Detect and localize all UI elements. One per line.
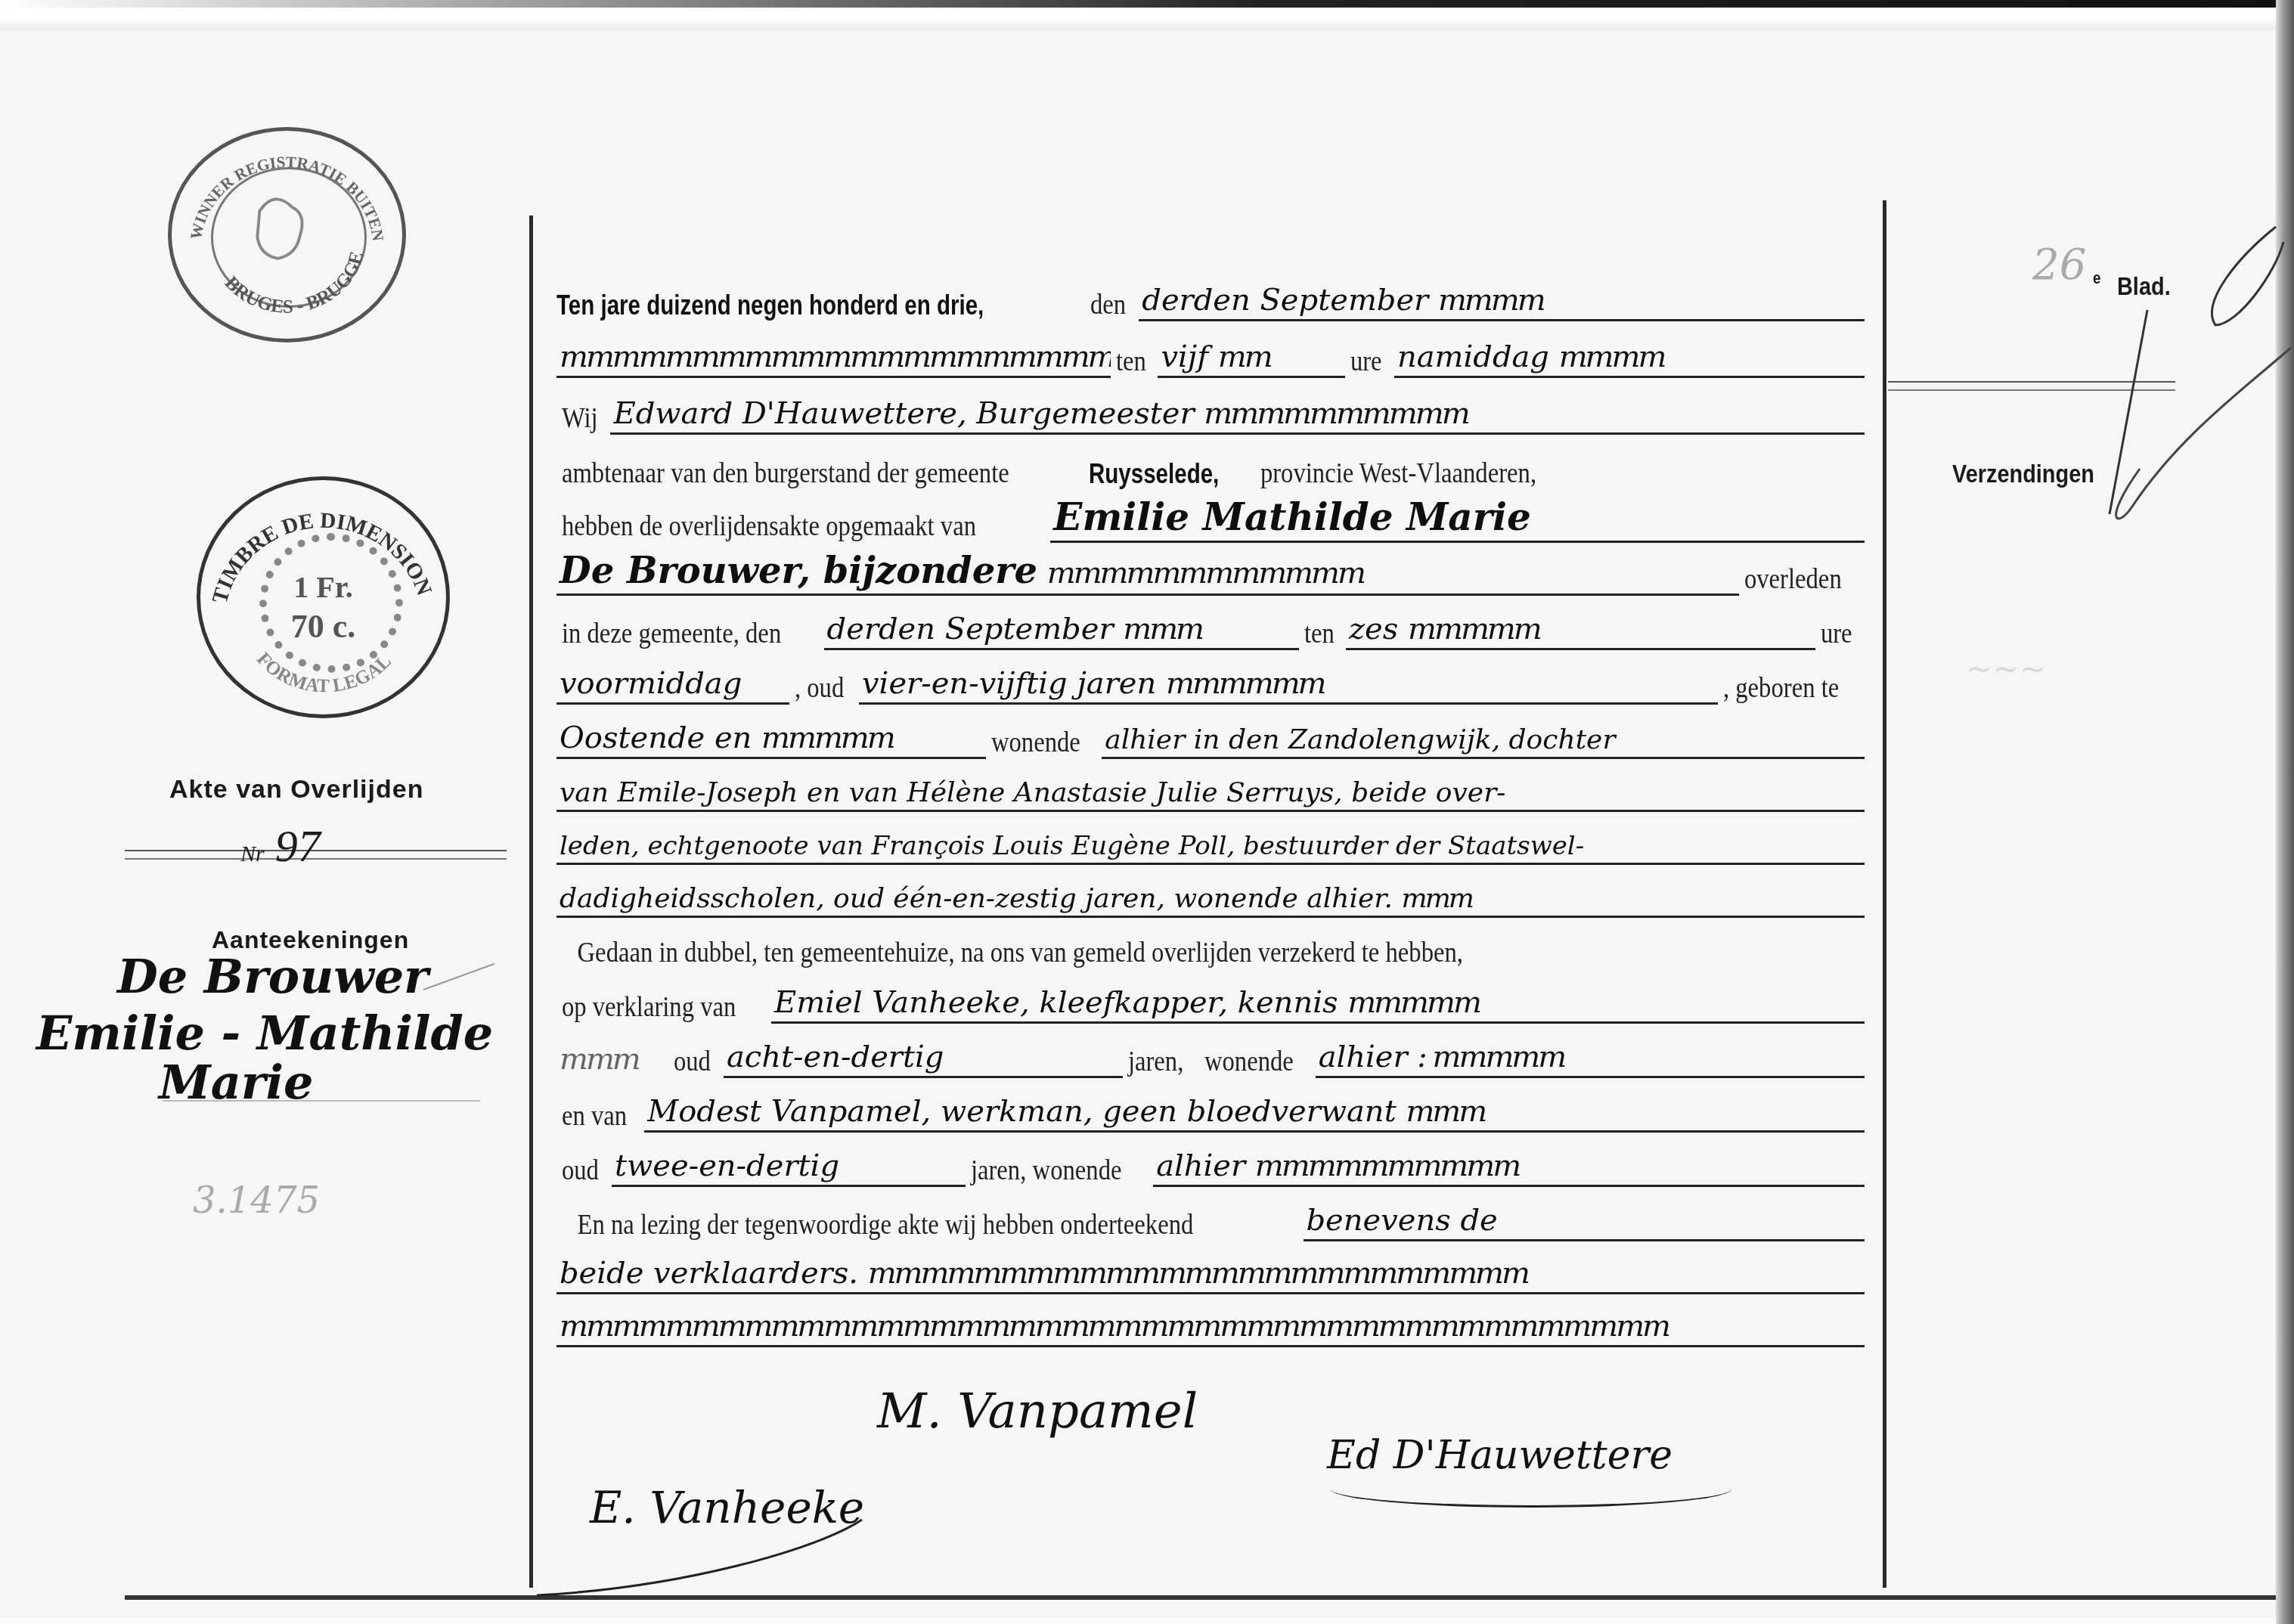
seal-ring-text: WINNER REGISTRATIE BUITENGEWOON TE ZEGEL…: [172, 131, 402, 339]
printed-text: hebben de overlijdensakte opgemaakt van: [556, 510, 981, 543]
printed-text: ambtenaar van den burgerstand der gemeen…: [556, 457, 1015, 490]
handwritten-entry-cosigners: benevens de: [1304, 1203, 1865, 1241]
body-line-4: ambtenaar van den burgerstand der gemeen…: [556, 437, 1865, 490]
shipments-label: Verzendingen: [1952, 460, 2094, 489]
printed-text: jaren,: [1123, 1045, 1189, 1078]
body-line-10: van Emile-Joseph en van Hélène Anastasie…: [556, 759, 1865, 812]
body-line-12: dadigheidsscholen, oud één-en-zestig jar…: [556, 865, 1865, 918]
body-line-13: Gedaan in dubbel, ten gemeentehuize, na …: [556, 916, 1865, 969]
annotation-third-name: Marie: [159, 1055, 313, 1110]
body-line-8: voormiddag , oud vier-en-vijftig jaren m…: [556, 652, 1865, 705]
printed-text: in deze gemeente, den: [556, 617, 786, 650]
main-column-right-border: [1883, 200, 1886, 1588]
svg-text:FORMAT LEGAL: FORMAT LEGAL: [253, 649, 395, 696]
handwritten-entry-witness-2-age: twee-en-dertig: [612, 1148, 966, 1187]
scan-top-edge: [0, 0, 2294, 32]
printed-text: wonende: [986, 726, 1086, 759]
handwritten-entry-deceased-given-names: Emilie Mathilde Marie: [1050, 494, 1865, 543]
body-line-6: De Brouwer, bijzondere mmmmmmmmmmmm over…: [556, 543, 1865, 596]
handwritten-entry-spouse-details: dadigheidsscholen, oud één-en-zestig jar…: [556, 883, 1865, 918]
body-line-5: hebben de overlijdensakte opgemaakt van …: [556, 490, 1865, 543]
printed-text: Wij: [556, 401, 603, 435]
printed-text: oud: [668, 1045, 716, 1078]
printed-text: en van: [556, 1099, 632, 1133]
stamp-value-centimes: 70 c.: [200, 607, 446, 646]
handwritten-filler: mmm: [556, 1042, 668, 1078]
bottom-rule: [125, 1595, 2276, 1600]
handwritten-entry-official: Edward D'Hauwettere, Burgemeester mmmmmm…: [610, 396, 1865, 435]
printed-text: overleden: [1739, 563, 1847, 596]
body-line-2: mmmmmmmmmmmmmmmmmmmmm ten vijf mm ure na…: [556, 325, 1865, 378]
sheet-number: 26: [2032, 240, 2086, 290]
handwritten-entry-witness-2-residence: alhier mmmmmmmmmm: [1153, 1148, 1865, 1187]
signature-witness-2: M. Vanpamel: [877, 1384, 1198, 1440]
printed-text: jaren, wonende: [966, 1154, 1127, 1187]
handwritten-entry-birthplace: Oostende en mmmmm: [556, 721, 986, 759]
municipality-name: Ruysselede,: [1089, 458, 1226, 490]
body-line-3: Wij Edward D'Hauwettere, Burgemeester mm…: [556, 382, 1865, 435]
margin-pen-stroke-icon: [2087, 212, 2294, 529]
printed-text: op verklaring van: [556, 990, 741, 1024]
deed-number-value: 97: [275, 821, 321, 871]
pencil-reference-number: 3.1475: [193, 1179, 320, 1222]
printed-text: ten: [1299, 617, 1340, 650]
deed-number: Nr97: [240, 820, 321, 872]
printed-text: Gedaan in dubbel, ten gemeentehuize, na …: [556, 936, 1468, 969]
body-line-15: mmm oud acht-en-dertig jaren, wonende al…: [556, 1025, 1865, 1078]
annotation-underline: [163, 1100, 480, 1102]
body-line-17: oud twee-en-dertig jaren, wonende alhier…: [556, 1134, 1865, 1187]
printed-text: ure: [1345, 345, 1387, 378]
handwritten-entry-date: derden September mmmm: [1139, 283, 1865, 321]
handwritten-entry-deceased-surname: De Brouwer, bijzondere mmmmmmmmmmmm: [556, 550, 1739, 596]
printed-text: , geboren te: [1718, 671, 1844, 705]
body-line-7: in deze gemeente, den derden September m…: [556, 597, 1865, 650]
handwritten-entry-witness-1-age: acht-en-dertig: [724, 1040, 1123, 1078]
annotation-surname: De Brouwer: [117, 949, 429, 1004]
body-line-18: En na lezing der tegenwoordige akte wij …: [556, 1189, 1865, 1241]
handwritten-entry-age: vier-en-vijftig jaren mmmmmm: [859, 666, 1718, 705]
printed-text: ten: [1111, 345, 1152, 378]
deed-number-prefix: Nr: [240, 841, 265, 866]
tax-stamp: TIMBRE DE DIMENSION FORMAT LEGAL 1 Fr. 7…: [197, 476, 450, 718]
handwritten-entry-death-daypart: voormiddag: [556, 666, 789, 705]
body-line-19: beide verklaarders. mmmmmmmmmmmmmmmmmmmm…: [556, 1241, 1865, 1294]
svg-text:BRUGES - BRUGGE: BRUGES - BRUGGE: [221, 249, 367, 318]
body-line-9: Oostende en mmmmm wonende alhier in den …: [556, 706, 1865, 759]
printed-text: wonende: [1199, 1045, 1299, 1078]
printed-text: den: [1085, 288, 1131, 321]
handwritten-entry-witness-2: Modest Vanpamel, werkman, geen bloedverw…: [644, 1094, 1865, 1133]
handwritten-entry-death-hour: zes mmmmm: [1346, 612, 1815, 650]
handwritten-entry-daypart: namiddag mmmm: [1394, 339, 1865, 378]
deed-title: Akte van Overlijden: [169, 775, 423, 804]
printed-text: Ten jare duizend negen honderd en drie,: [556, 290, 990, 321]
handwritten-entry-hour: vijf mm: [1158, 339, 1345, 378]
printed-text: oud: [556, 1154, 604, 1187]
printed-text: , oud: [789, 671, 849, 705]
handwritten-entry-witness-1: Emiel Vanheeke, kleefkapper, kennis mmmm…: [771, 985, 1865, 1024]
svg-text:WINNER REGISTRATIE BUITENGEWOO: WINNER REGISTRATIE BUITENGEWOON TE ZEGEL…: [172, 131, 387, 243]
printed-text: provincie West-Vlaanderen,: [1255, 457, 1542, 490]
body-line-14: op verklaring van Emiel Vanheeke, kleefk…: [556, 971, 1865, 1024]
handwritten-filler: mmmmmmmmmmmmmmmmmmmmm: [556, 339, 1111, 378]
body-line-1: Ten jare duizend negen honderd en drie, …: [556, 268, 1865, 321]
printed-text: En na lezing der tegenwoordige akte wij …: [556, 1208, 1198, 1241]
handwritten-entry-spouse: leden, echtgenoote van François Louis Eu…: [556, 831, 1865, 865]
handwritten-entry-death-date: derden September mmm: [824, 612, 1299, 650]
body-line-20: mmmmmmmmmmmmmmmmmmmmmmmmmmmmmmmmmmmmmmmm…: [556, 1294, 1865, 1347]
signature-witness-1-flourish: [529, 1505, 877, 1603]
bleedthrough-text: ~~~: [1966, 650, 2046, 687]
stamp-value-francs: 1 Fr.: [200, 569, 446, 605]
body-line-11: leden, echtgenoote van François Louis Eu…: [556, 812, 1865, 865]
annotation-given-names: Emilie - Mathilde: [36, 1006, 493, 1061]
handwritten-entry-cosigners-continued: beide verklaarders. mmmmmmmmmmmmmmmmmmmm…: [556, 1256, 1865, 1294]
body-line-16: en van Modest Vanpamel, werkman, geen bl…: [556, 1080, 1865, 1133]
handwritten-filler: mmmmmmmmmmmmmmmmmmmmmmmmmmmmmmmmmmmmmmmm…: [556, 1309, 1865, 1347]
handwritten-entry-residence: alhier in den Zandolengwijk, dochter: [1102, 724, 1865, 759]
lion-emblem-icon: [257, 199, 302, 259]
handwritten-entry-parents: van Emile-Joseph en van Hélène Anastasie…: [556, 777, 1865, 812]
main-column-left-border: [529, 215, 533, 1588]
signature-mayor-flourish: [1331, 1471, 1731, 1508]
handwritten-entry-witness-1-residence: alhier : mmmmm: [1316, 1040, 1865, 1078]
printed-text: ure: [1815, 617, 1857, 650]
municipal-seal-stamp: WINNER REGISTRATIE BUITENGEWOON TE ZEGEL…: [168, 127, 406, 342]
